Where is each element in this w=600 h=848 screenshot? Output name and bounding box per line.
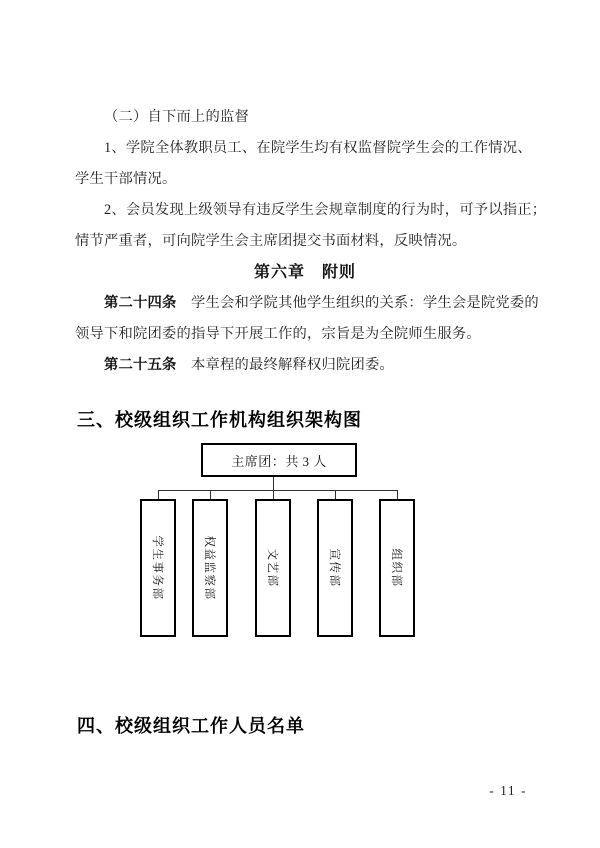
section-heading-org-chart: 三、校级组织工作机构组织架构图 bbox=[77, 406, 362, 432]
connector-stub-1 bbox=[158, 490, 159, 499]
connector-stub-3 bbox=[273, 490, 274, 499]
dept-box-rights-supervision: 权益监察部 bbox=[192, 499, 228, 637]
connector-stub-4 bbox=[335, 490, 336, 499]
paragraph-2-line-2: 情节严重者，可向院学生会主席团提交书面材料，反映情况。 bbox=[75, 226, 535, 257]
dept-box-arts: 文艺部 bbox=[255, 499, 291, 637]
section-heading-personnel-list: 四、校级组织工作人员名单 bbox=[77, 712, 305, 738]
paragraph-2-line-1: 2、会员发现上级领导有违反学生会规章制度的行为时，可予以指正； bbox=[75, 195, 535, 226]
subsection-heading: （二）自下而上的监督 bbox=[75, 102, 535, 133]
dept-label: 权益监察部 bbox=[202, 536, 218, 601]
connector-stub-2 bbox=[210, 490, 211, 499]
article-25-text: 本章程的最终解释权归院团委。 bbox=[176, 357, 393, 373]
dept-label: 文艺部 bbox=[265, 549, 281, 588]
article-25-line: 第二十五条 本章程的最终解释权归院团委。 bbox=[75, 350, 535, 381]
article-24-line-1: 第二十四条 学生会和学院其他学生组织的关系：学生会是院党委的 bbox=[75, 288, 535, 319]
connector-stub-5 bbox=[397, 490, 398, 499]
dept-box-publicity: 宣传部 bbox=[317, 499, 353, 637]
document-page: （二）自下而上的监督 1、学院全体教职员工、在院学生均有权监督院学生会的工作情况… bbox=[0, 0, 600, 848]
dept-box-student-affairs: 学生事务部 bbox=[140, 499, 176, 637]
dept-box-organization: 组织部 bbox=[379, 499, 415, 637]
article-24-label: 第二十四条 bbox=[104, 295, 176, 311]
chapter-heading: 第六章 附则 bbox=[75, 257, 535, 288]
article-24-line-2: 领导下和院团委的指导下开展工作的，宗旨是为全院师生服务。 bbox=[75, 319, 535, 350]
connector-trunk-line bbox=[273, 477, 274, 490]
dept-label: 学生事务部 bbox=[150, 536, 166, 601]
article-25-label: 第二十五条 bbox=[104, 357, 176, 373]
article-24-text: 学生会和学院其他学生组织的关系：学生会是院党委的 bbox=[176, 295, 538, 311]
page-number: - 11 - bbox=[489, 783, 527, 799]
paragraph-1-line-1: 1、学院全体教职员工、在院学生均有权监督院学生会的工作情况、 bbox=[75, 133, 535, 164]
paragraph-1-line-2: 学生干部情况。 bbox=[75, 164, 535, 195]
body-text-block: （二）自下而上的监督 1、学院全体教职员工、在院学生均有权监督院学生会的工作情况… bbox=[75, 102, 535, 381]
org-chart-root-box: 主席团：共 3 人 bbox=[201, 443, 357, 477]
dept-label: 组织部 bbox=[389, 549, 405, 588]
connector-horizontal-line bbox=[158, 490, 397, 491]
dept-label: 宣传部 bbox=[327, 549, 343, 588]
org-chart-root-label: 主席团：共 3 人 bbox=[231, 451, 327, 470]
